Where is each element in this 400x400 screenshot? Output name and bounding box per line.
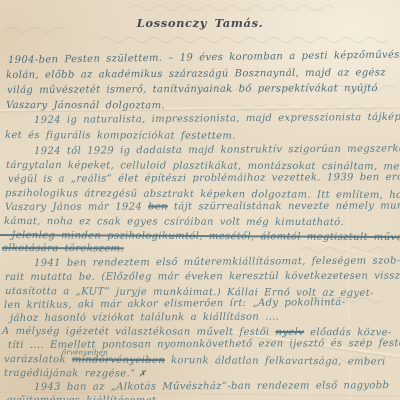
handwritten-line: kolán, előbb az akadémikus szárazságú Bo… xyxy=(6,67,386,82)
handwritten-letter-page: Lossonczy Tamás. 1904-ben Pesten születt… xyxy=(0,0,400,400)
handwritten-line: kámat, noha ez csak egyes csíráiban volt… xyxy=(4,216,344,229)
handwritten-line: tragédiájának rezgése.”✗ xyxy=(4,368,146,380)
insertion-mark: ✗ xyxy=(139,369,147,379)
handwritten-line-struck: alkotására törekszem. xyxy=(2,243,124,255)
page-title: Lossonczy Tamás. xyxy=(0,16,400,30)
struck-word: nyelv xyxy=(276,327,305,338)
handwritten-line: 1924 ig naturalista, impresszionista, ma… xyxy=(34,112,400,127)
handwritten-line: varázslatok mindörvényeiben korunk áldat… xyxy=(4,354,386,369)
handwritten-line-struck: – Jelenleg minden pszihologikumtól, mesé… xyxy=(0,230,400,244)
handwritten-line-clipped: gyűjteményes kiállításomat xyxy=(6,395,156,400)
struck-word: ben xyxy=(148,201,168,212)
inserted-word: örvényeiben xyxy=(62,346,108,358)
handwritten-line: Vaszary János már 1924 ben tájt szürreal… xyxy=(5,201,400,214)
handwritten-line: világ művészetét ismerő, tanítványainak … xyxy=(7,83,378,97)
handwritten-line: ket és figurális kompozíciókat festettem… xyxy=(5,130,236,143)
handwritten-line: végül is a „reális” élet építészi problé… xyxy=(8,172,400,186)
handwritten-line: 1904-ben Pesten születtem. – 19 éves kor… xyxy=(8,49,400,67)
handwritten-line: 1924 től 1929 ig dadaista majd konstrukt… xyxy=(34,143,400,158)
handwritten-line: 1941 ben rendeztem első műteremkiállítás… xyxy=(34,255,400,270)
handwritten-line: jához hasonló víziókat találunk a kiállí… xyxy=(10,312,279,325)
handwritten-line: 1943 ban az „Alkotás Művészház”-ban rend… xyxy=(34,380,389,394)
handwritten-line: rait mutatta be. (Előzőleg már éveken ke… xyxy=(5,271,400,284)
handwritten-line: len kritikus, aki már akkor elismerően í… xyxy=(4,297,345,312)
handwritten-line: Vaszary Jánosnál dolgoztam. xyxy=(6,100,165,113)
